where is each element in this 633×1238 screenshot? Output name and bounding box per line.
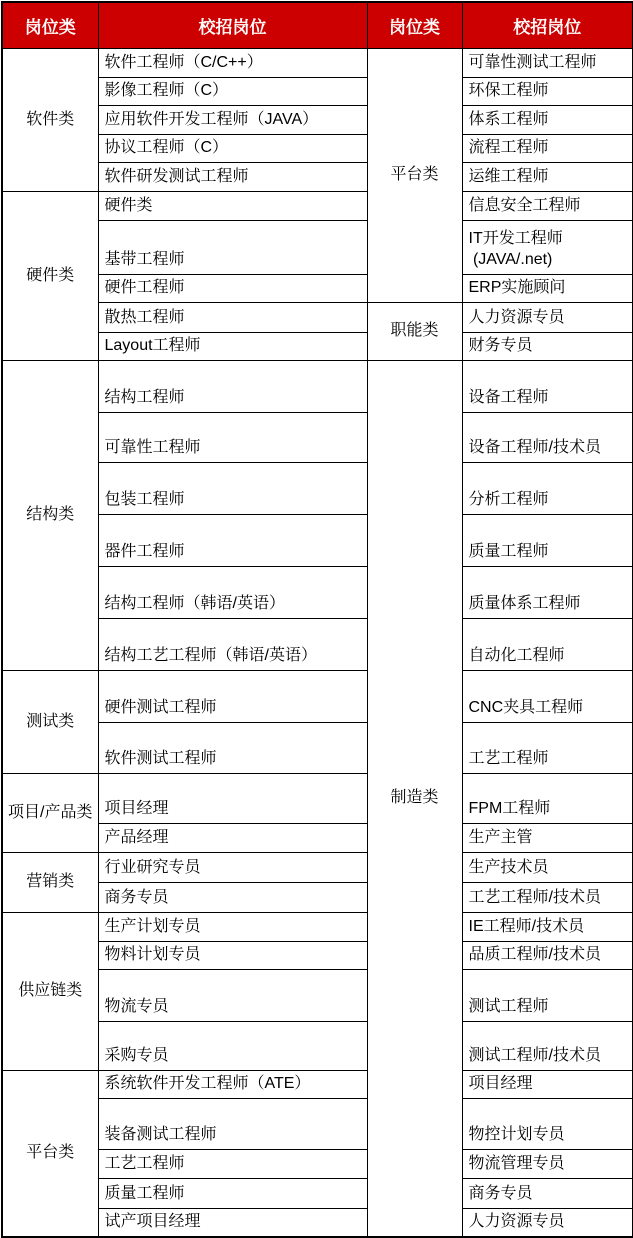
position-cell: 物流专员 (98, 969, 367, 1021)
category-supply-chain: 供应链类 (2, 912, 98, 1070)
position-cell: 结构工程师（韩语/英语） (98, 566, 367, 618)
position-cell: 器件工程师 (98, 514, 367, 566)
category-functional: 职能类 (367, 302, 462, 360)
position-cell: Layout工程师 (98, 332, 367, 360)
position-cell: 物流管理专员 (462, 1149, 633, 1178)
position-cell: ERP实施顾问 (462, 274, 633, 302)
position-cell: 系统软件开发工程师（ATE） (98, 1070, 367, 1098)
table-row: 营销类 行业研究专员 生产技术员 (2, 852, 633, 882)
category-hardware: 硬件类 (2, 191, 98, 360)
position-cell: 装备测试工程师 (98, 1098, 367, 1149)
position-cell: 工艺工程师 (98, 1149, 367, 1178)
position-cell: 体系工程师 (462, 105, 633, 134)
position-cell: 应用软件开发工程师（JAVA） (98, 105, 367, 134)
position-cell: 生产计划专员 (98, 912, 367, 941)
position-cell: FPM工程师 (462, 773, 633, 823)
category-structure: 结构类 (2, 360, 98, 670)
position-cell: 测试工程师/技术员 (462, 1021, 633, 1070)
position-cell: 硬件测试工程师 (98, 670, 367, 722)
position-cell: 包装工程师 (98, 462, 367, 514)
position-cell: 结构工程师 (98, 360, 367, 412)
position-cell: 采购专员 (98, 1021, 367, 1070)
position-cell: 产品经理 (98, 823, 367, 852)
table-row: 测试类 硬件测试工程师 CNC夹具工程师 (2, 670, 633, 722)
recruitment-positions-table: 岗位类 校招岗位 岗位类 校招岗位 软件类 软件工程师（C/C++） 平台类 可… (1, 1, 633, 1238)
position-cell: IT开发工程师 (JAVA/.net) (462, 220, 633, 274)
table-row: 平台类 系统软件开发工程师（ATE） 项目经理 (2, 1070, 633, 1098)
position-cell: 自动化工程师 (462, 618, 633, 670)
position-cell: 生产主管 (462, 823, 633, 852)
position-cell: 流程工程师 (462, 134, 633, 162)
position-cell: IE工程师/技术员 (462, 912, 633, 941)
position-cell: 硬件类 (98, 191, 367, 220)
table-row: 供应链类 生产计划专员 IE工程师/技术员 (2, 912, 633, 941)
header-row: 岗位类 校招岗位 岗位类 校招岗位 (2, 2, 633, 48)
position-cell: 商务专员 (462, 1178, 633, 1208)
header-cell-positions-left: 校招岗位 (98, 2, 367, 48)
position-cell: 散热工程师 (98, 302, 367, 332)
position-cell: CNC夹具工程师 (462, 670, 633, 722)
category-manufacturing: 制造类 (367, 360, 462, 1237)
position-cell: 行业研究专员 (98, 852, 367, 882)
position-cell: 物料计划专员 (98, 941, 367, 969)
position-cell: 软件测试工程师 (98, 722, 367, 773)
position-cell: 设备工程师 (462, 360, 633, 412)
position-cell: 信息安全工程师 (462, 191, 633, 220)
position-cell: 基带工程师 (98, 220, 367, 274)
table-row: 硬件类 硬件类 信息安全工程师 (2, 191, 633, 220)
position-cell: 影像工程师（C） (98, 77, 367, 105)
category-test: 测试类 (2, 670, 98, 773)
position-cell: 物控计划专员 (462, 1098, 633, 1149)
position-cell: 项目经理 (98, 773, 367, 823)
position-cell: 可靠性工程师 (98, 412, 367, 462)
position-cell: 可靠性测试工程师 (462, 48, 633, 77)
position-cell: 质量工程师 (98, 1178, 367, 1208)
position-cell: 人力资源专员 (462, 302, 633, 332)
position-cell: 财务专员 (462, 332, 633, 360)
table-row: 项目/产品类 项目经理 FPM工程师 (2, 773, 633, 823)
header-cell-category-right: 岗位类 (367, 2, 462, 48)
table-row: 软件类 软件工程师（C/C++） 平台类 可靠性测试工程师 (2, 48, 633, 77)
position-cell: 分析工程师 (462, 462, 633, 514)
position-cell: 试产项目经理 (98, 1208, 367, 1237)
header-cell-category-left: 岗位类 (2, 2, 98, 48)
category-marketing: 营销类 (2, 852, 98, 912)
position-cell: 工艺工程师 (462, 722, 633, 773)
category-project-product: 项目/产品类 (2, 773, 98, 852)
page: 岗位类 校招岗位 岗位类 校招岗位 软件类 软件工程师（C/C++） 平台类 可… (0, 0, 633, 1230)
position-cell: 软件工程师（C/C++） (98, 48, 367, 77)
position-cell: 协议工程师（C） (98, 134, 367, 162)
position-cell: 软件研发测试工程师 (98, 162, 367, 191)
table-row: 结构类 结构工程师 制造类 设备工程师 (2, 360, 633, 412)
position-cell: 硬件工程师 (98, 274, 367, 302)
category-platform-left: 平台类 (2, 1070, 98, 1237)
position-cell: 质量工程师 (462, 514, 633, 566)
position-cell: 项目经理 (462, 1070, 633, 1098)
position-cell: 环保工程师 (462, 77, 633, 105)
position-cell: 生产技术员 (462, 852, 633, 882)
position-cell: 品质工程师/技术员 (462, 941, 633, 969)
category-platform-right: 平台类 (367, 48, 462, 302)
category-software: 软件类 (2, 48, 98, 191)
position-cell: 运维工程师 (462, 162, 633, 191)
position-cell: 设备工程师/技术员 (462, 412, 633, 462)
position-cell: 工艺工程师/技术员 (462, 882, 633, 912)
position-cell: 结构工艺工程师（韩语/英语） (98, 618, 367, 670)
position-cell: 测试工程师 (462, 969, 633, 1021)
header-cell-positions-right: 校招岗位 (462, 2, 633, 48)
position-cell: 质量体系工程师 (462, 566, 633, 618)
position-cell: 商务专员 (98, 882, 367, 912)
position-cell: 人力资源专员 (462, 1208, 633, 1237)
